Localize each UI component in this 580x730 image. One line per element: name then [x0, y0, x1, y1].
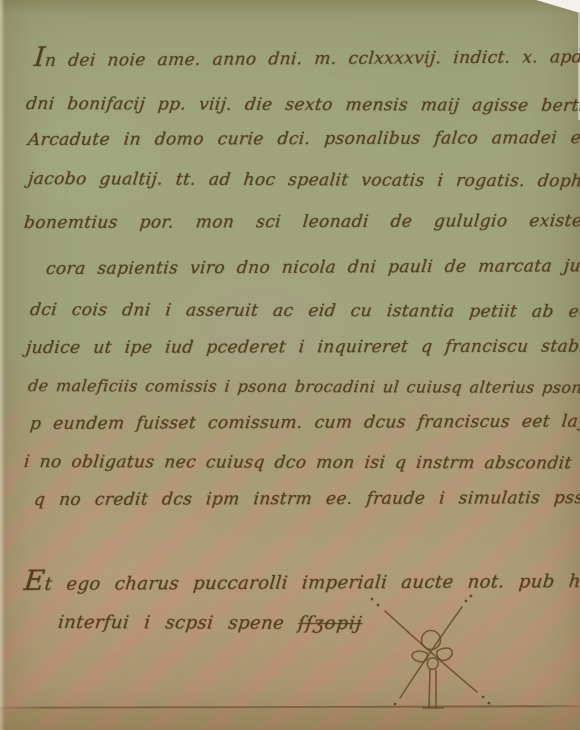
parchment-left-edge — [0, 0, 5, 730]
manuscript-line: de maleficiis comissis i psona brocadini… — [27, 374, 580, 400]
subscription-line: interfui i scpsi speneſſʒopij — [57, 611, 364, 636]
manuscript-line: p eundem fuisset comissum. cum dcus fran… — [29, 409, 580, 436]
manuscript-line: dci cois dni i asseruit ac eid cu istant… — [29, 298, 580, 324]
manuscript-scan: In dei noie ame. anno dni. m. cclxxxxvij… — [0, 0, 580, 730]
manuscript-line: In dei noie ame. anno dni. m. cclxxxxvij… — [33, 42, 580, 73]
manuscript-line: judice ut ipe iud pcederet i inquireret … — [25, 334, 580, 360]
subscription-line-text: interfui i scpsi spene — [57, 612, 285, 634]
manuscript-line: Arcadute in domo curie dci. psonalibus f… — [27, 126, 580, 152]
manuscript-line: cora sapientis viro dno nicola dni pauli… — [45, 254, 580, 281]
manuscript-line: dni bonifacij pp. viij. die sexto mensis… — [25, 92, 580, 118]
manuscript-line: i no obligatus nec cuiusq dco mon isi q … — [23, 450, 580, 476]
notarial-sign-icon — [365, 593, 515, 718]
manuscript-line: bonemtius por. mon sci leonadi de gululg… — [23, 209, 580, 235]
notary-paraph: ſſʒopij — [297, 612, 364, 636]
manuscript-line: q no credit dcs ipm instrm ee. fraude i … — [33, 486, 580, 512]
parchment-bottom-band — [0, 708, 580, 730]
manuscript-line: jacobo gualtij. tt. ad hoc spealit vocat… — [27, 167, 580, 193]
